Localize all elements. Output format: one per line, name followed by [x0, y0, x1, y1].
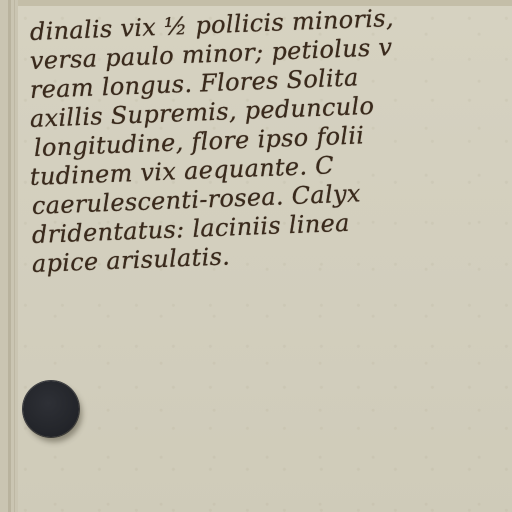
mount-edge — [8, 0, 11, 512]
pin-dot-icon — [23, 381, 79, 437]
handwritten-text: dinalis vix ½ pollicis minoris, versa pa… — [30, 18, 512, 279]
mount-edge-line — [14, 0, 15, 512]
